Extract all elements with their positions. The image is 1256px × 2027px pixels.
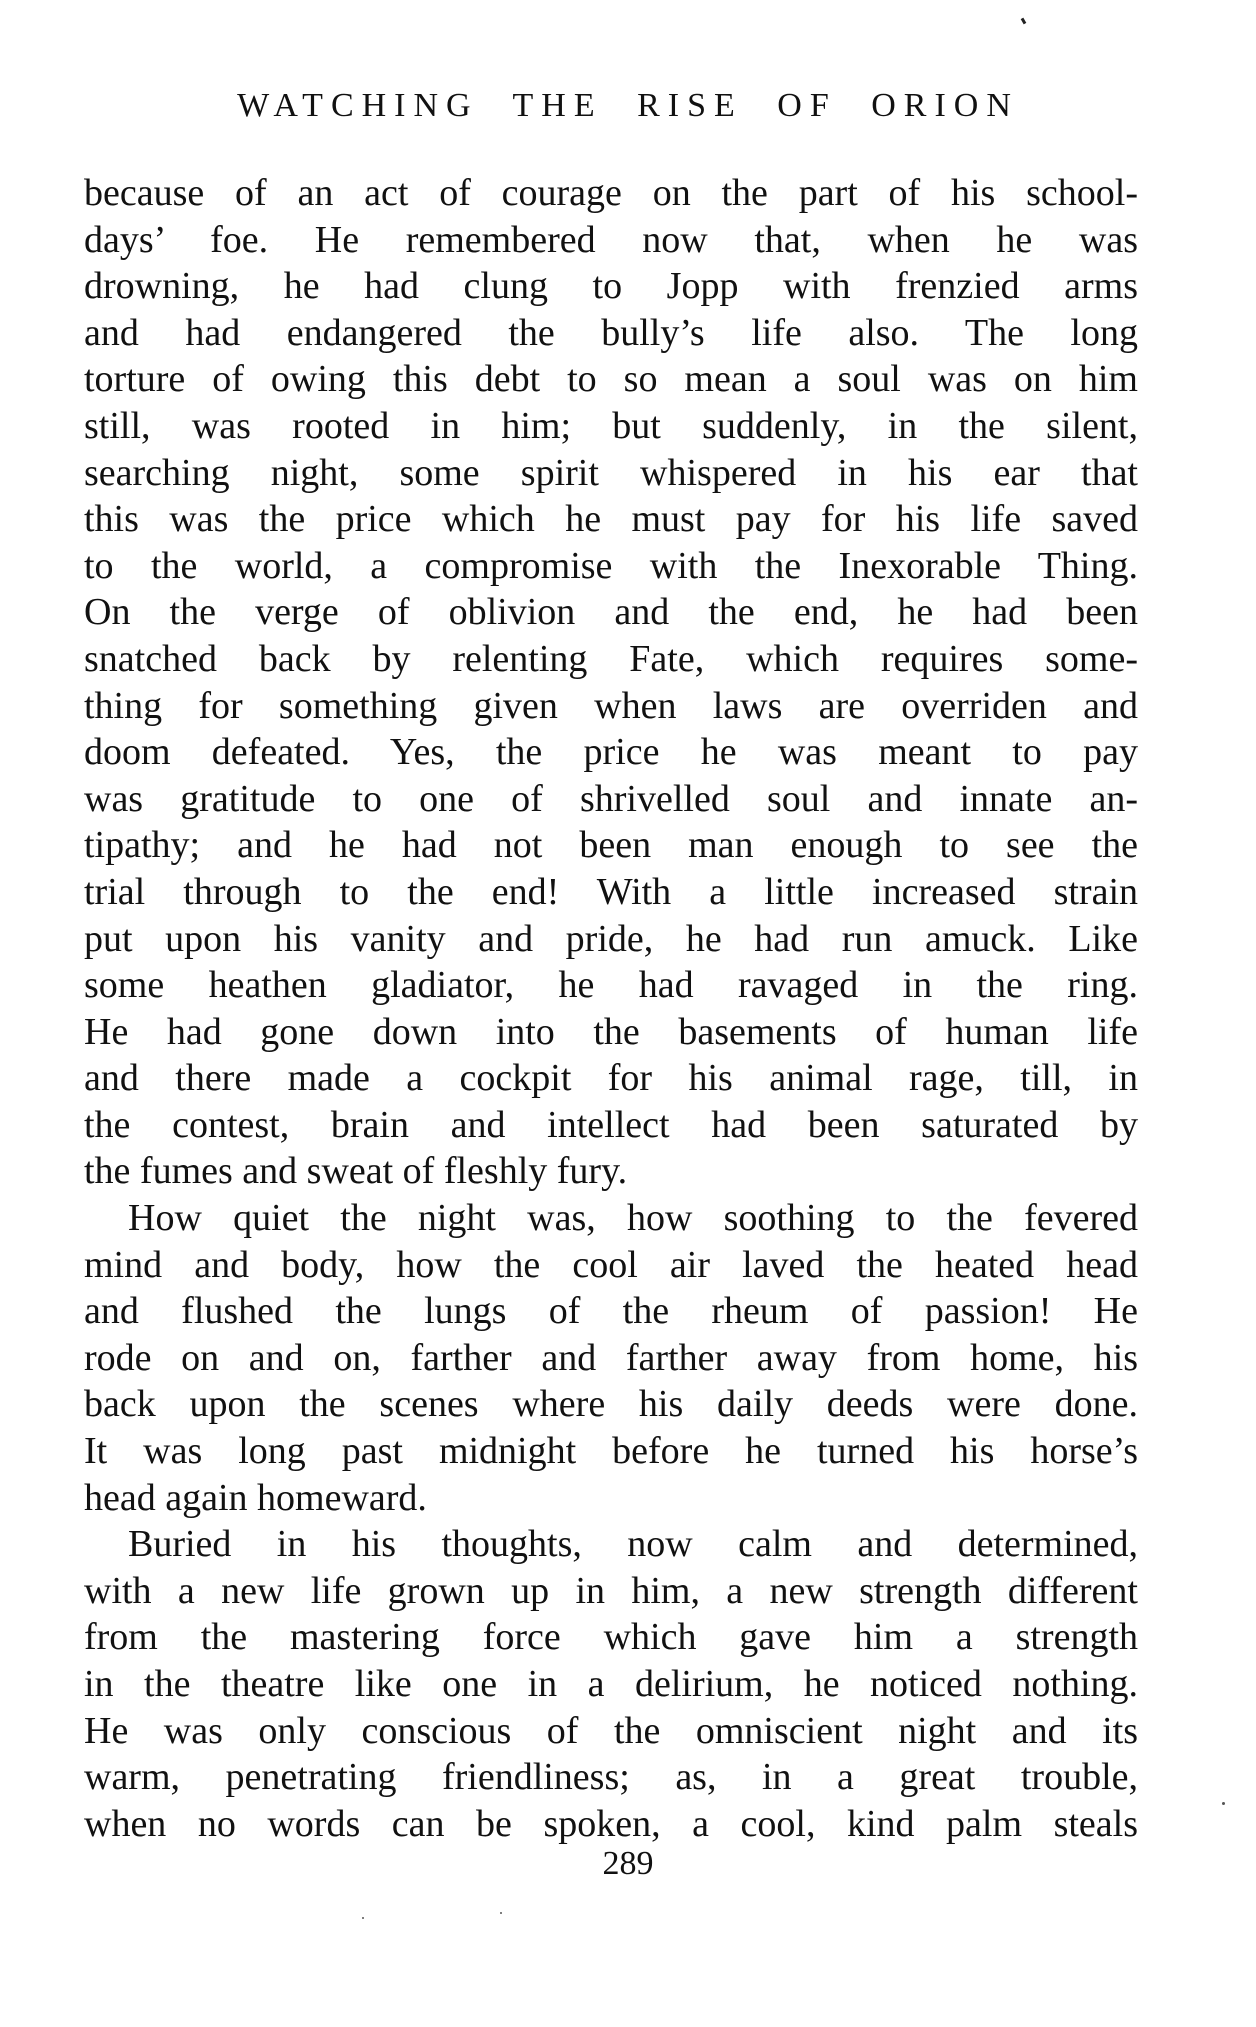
text-line-content: torture of owing this debt to so mean a … [84,356,1138,403]
text-line-content: some heathen gladiator, he had ravaged i… [84,962,1138,1009]
text-line: rode on and on, farther and farther away… [84,1335,1138,1382]
text-line-content: back upon the scenes where his daily dee… [84,1381,1138,1428]
text-line-content: because of an act of courage on the part… [84,170,1138,217]
text-line-content: thing for something given when laws are … [84,683,1138,730]
text-line: in the theatre like one in a delirium, h… [84,1661,1138,1708]
text-line: He was only conscious of the omniscient … [84,1708,1138,1755]
text-line: with a new life grown up in him, a new s… [84,1568,1138,1615]
text-line: the fumes and sweat of fleshly fury. [84,1148,1138,1195]
text-line-content: It was long past midnight before he turn… [84,1428,1138,1475]
text-line: back upon the scenes where his daily dee… [84,1381,1138,1428]
text-line-content: doom defeated. Yes, the price he was mea… [84,729,1138,776]
text-line-content: head again homeward. [84,1475,1138,1522]
text-line-content: was gratitude to one of shrivelled soul … [84,776,1138,823]
text-line-content: and flushed the lungs of the rheum of pa… [84,1288,1138,1335]
text-line: doom defeated. Yes, the price he was mea… [84,729,1138,776]
text-line: He had gone down into the basements of h… [84,1009,1138,1056]
text-line-content: with a new life grown up in him, a new s… [84,1568,1138,1615]
text-line-content: still, was rooted in him; but suddenly, … [84,403,1138,450]
text-line-content: rode on and on, farther and farther away… [84,1335,1138,1382]
text-line-content: searching night, some spirit whispered i… [84,450,1138,497]
text-line: and had endangered the bully’s life also… [84,310,1138,357]
text-line: put upon his vanity and pride, he had ru… [84,916,1138,963]
scan-speck [500,1912,502,1914]
text-line: mind and body, how the cool air laved th… [84,1242,1138,1289]
text-line: and there made a cockpit for his animal … [84,1055,1138,1102]
text-line: tipathy; and he had not been man enough … [84,822,1138,869]
page-number: 289 [0,1845,1256,1883]
text-line: when no words can be spoken, a cool, kin… [84,1801,1138,1848]
text-line: days’ foe. He remembered now that, when … [84,217,1138,264]
text-line: torture of owing this debt to so mean a … [84,356,1138,403]
text-line: because of an act of courage on the part… [84,170,1138,217]
text-line-content: and there made a cockpit for his animal … [84,1055,1138,1102]
text-line-content: to the world, a compromise with the Inex… [84,543,1138,590]
running-header: WATCHING THE RISE OF ORION [0,86,1256,126]
text-line-content: this was the price which he must pay for… [84,496,1138,543]
scan-speck [1222,1802,1225,1805]
text-line-content: He had gone down into the basements of h… [84,1009,1138,1056]
text-line: How quiet the night was, how soothing to… [84,1195,1138,1242]
text-line: thing for something given when laws are … [84,683,1138,730]
text-line: the contest, brain and intellect had bee… [84,1102,1138,1149]
scan-speck [1021,18,1027,25]
text-line-content: put upon his vanity and pride, he had ru… [84,916,1138,963]
text-line-content: drowning, he had clung to Jopp with fren… [84,263,1138,310]
text-line-content: in the theatre like one in a delirium, h… [84,1661,1138,1708]
text-line-content: and had endangered the bully’s life also… [84,310,1138,357]
text-line-content: He was only conscious of the omniscient … [84,1708,1138,1755]
text-line-content: when no words can be spoken, a cool, kin… [84,1801,1138,1848]
text-line-content: trial through to the end! With a little … [84,869,1138,916]
text-line-content: Buried in his thoughts, now calm and det… [84,1521,1138,1568]
text-line: this was the price which he must pay for… [84,496,1138,543]
text-line-content: the fumes and sweat of fleshly fury. [84,1148,1138,1195]
text-line: and flushed the lungs of the rheum of pa… [84,1288,1138,1335]
text-line-content: days’ foe. He remembered now that, when … [84,217,1138,264]
text-line: On the verge of oblivion and the end, he… [84,589,1138,636]
text-line: searching night, some spirit whispered i… [84,450,1138,497]
text-line-content: from the mastering force which gave him … [84,1614,1138,1661]
text-line: from the mastering force which gave him … [84,1614,1138,1661]
text-line: some heathen gladiator, he had ravaged i… [84,962,1138,1009]
text-line-content: How quiet the night was, how soothing to… [84,1195,1138,1242]
text-line: to the world, a compromise with the Inex… [84,543,1138,590]
text-line: still, was rooted in him; but suddenly, … [84,403,1138,450]
text-line: head again homeward. [84,1475,1138,1522]
text-line-content: tipathy; and he had not been man enough … [84,822,1138,869]
body-text: because of an act of courage on the part… [84,170,1138,1847]
text-line: was gratitude to one of shrivelled soul … [84,776,1138,823]
text-line-content: On the verge of oblivion and the end, he… [84,589,1138,636]
text-line-content: mind and body, how the cool air laved th… [84,1242,1138,1289]
scan-speck [362,1917,364,1919]
text-line: Buried in his thoughts, now calm and det… [84,1521,1138,1568]
text-line-content: the contest, brain and intellect had bee… [84,1102,1138,1149]
text-line: drowning, he had clung to Jopp with fren… [84,263,1138,310]
text-line: trial through to the end! With a little … [84,869,1138,916]
text-line: It was long past midnight before he turn… [84,1428,1138,1475]
text-line: snatched back by relenting Fate, which r… [84,636,1138,683]
text-line: warm, penetrating friendliness; as, in a… [84,1754,1138,1801]
text-line-content: snatched back by relenting Fate, which r… [84,636,1138,683]
text-line-content: warm, penetrating friendliness; as, in a… [84,1754,1138,1801]
